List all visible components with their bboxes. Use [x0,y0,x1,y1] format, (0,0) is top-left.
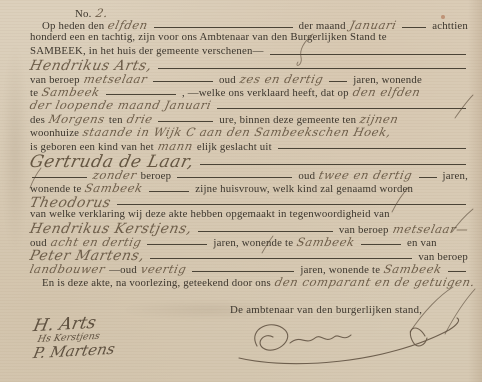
printed-text: elijk geslacht uit [197,141,272,153]
handwritten-birth-month: der loopende maand Januari [29,98,213,112]
printed-text: jaren, wonende te [213,237,293,249]
printed-text: En is deze akte, na voorlezing, geteeken… [42,277,271,289]
witness2-line: Peter Martens, van beroep [30,248,468,261]
printed-text: achttien [432,20,468,32]
fill-rule [154,27,292,28]
fill-rule [153,81,213,82]
printed-text: der maand [299,20,346,32]
printed-text: —oud [109,264,137,276]
fill-rule [147,244,207,245]
handwritten-month: Januari [348,18,397,32]
handwritten-mother-occupation: zonder [92,168,139,182]
official-caption: De ambtenaar van den burgerlijken stand, [230,304,422,316]
printed-text: oud [219,74,236,86]
printed-text: honderd een en tachtig, zijn voor ons Am… [30,31,387,43]
closing-line: En is deze akte, na voorlezing, geteeken… [30,275,468,288]
birth-hour-line: des Morgens ten drie ure, binnen deze ge… [30,112,468,125]
handwritten-occupation: metselaar [82,72,148,86]
page-edge-shadow [468,0,482,382]
fill-rule [192,271,294,272]
printed-text: en van [407,237,437,249]
witness1-line: Hendrikus Kerstjens, van beroep metselaa… [30,221,468,234]
handwritten-day: elfden [107,18,150,32]
fill-rule [217,108,466,109]
handwritten-whose: zijnen [359,112,401,126]
handwritten-witness2-age: veertig [139,262,187,276]
fill-rule [106,94,176,95]
fill-rule [361,244,401,245]
act-number-line: No. 2. [75,6,468,18]
printed-text: woonhuize [30,127,79,139]
printed-text: des [30,114,45,126]
fill-rule [177,177,292,178]
handwritten-mother-age: twee en dertig [318,168,414,182]
handwritten-birth-day: den elfden [351,85,422,99]
child-name-line: Theodorus [30,195,468,208]
printed-text: jaren, [443,170,468,182]
fill-rule [200,164,466,165]
fill-rule [117,204,466,205]
declarant-residence-line: te Sambeek , —welke ons verklaard heeft,… [30,85,468,98]
official-signature [235,316,470,376]
printed-text: oud [298,170,315,182]
handwritten-witness1-occupation: metselaar— [391,222,469,236]
mother-name-line: Gertruda de Laar, [30,152,468,168]
ink-bleedthrough [2,40,28,260]
handwritten-hour: drie [125,112,154,126]
house-line: woonhuize staande in Wijk C aan den Samb… [30,125,468,138]
fill-rule [32,177,87,178]
printed-text: zijne huisvrouw, welk kind zal genaamd w… [195,183,413,195]
handwritten-witness1-age: acht en dertig [49,235,143,249]
fill-rule [419,177,437,178]
handwritten-child-name: Theodorus [28,195,112,211]
printed-text: ten [109,114,123,126]
fill-rule [270,54,466,55]
mother-residence-line: wonende te Sambeek zijne huisvrouw, welk… [30,181,468,194]
declarant-occupation-line: van beroep metselaar oud zes en dertig j… [30,72,468,85]
act-number-value: 2. [94,6,109,20]
printed-text: SAMBEEK, in het huis der gemeente versch… [30,45,264,57]
fill-rule [198,231,333,232]
birth-month-line: der loopende maand Januari [30,98,468,111]
act-body: No. 2. Op heden den elfden der maand Jan… [30,6,468,288]
witness1-age-line: oud acht en dertig jaren, wonende te Sam… [30,235,468,248]
fill-rule [448,271,466,272]
year-line: honderd een en tachtig, zijn voor ons Am… [30,31,468,44]
fill-rule [158,121,213,122]
gender-line: is geboren een kind van het mann elijk g… [30,139,468,152]
fill-rule [149,191,189,192]
mother-occupation-line: zonder beroep oud twee en dertig jaren, [30,168,468,181]
handwritten-witness2-occupation: landbouwer [29,262,107,276]
declarant-name-line: Hendrikus Arts, [30,58,468,71]
fill-rule [329,81,347,82]
fill-rule [150,258,412,259]
handwritten-witness2-residence: Sambeek [383,262,444,276]
handwritten-signatories: den comparant en de getuigen. [273,275,476,289]
handwritten-witness1-residence: Sambeek [296,235,357,249]
witness-signatures: H. Arts Hs Kerstjens P. Martens [34,314,114,360]
act-number-label: No. [75,8,92,20]
printed-text: is geboren een kind van het [30,141,154,153]
fill-rule [158,68,466,69]
fill-rule [278,148,466,149]
handwritten-age: zes en dertig [238,72,324,86]
handwritten-gender: mann [156,139,194,153]
witness2-age-line: landbouwer —oud veertig jaren, wonende t… [30,262,468,275]
handwritten-mother-residence: Sambeek [84,181,145,195]
handwritten-daypart: Morgens [48,112,107,126]
printed-text: ure, binnen deze gemeente ten [219,114,356,126]
signature-witness-2: P. Martens [32,340,117,362]
fill-rule [402,27,426,28]
printed-text: jaren, wonende te [300,264,380,276]
printed-text: Op heden den [42,20,104,32]
municipality-line: SAMBEEK, in het huis der gemeente versch… [30,45,468,58]
printed-text: van beroep [30,74,80,86]
printed-text: jaren, wonende [353,74,422,86]
handwritten-address: staande in Wijk C aan den Sambeekschen H… [82,125,393,139]
handwritten-residence: Sambeek [41,85,102,99]
date-line: Op heden den elfden der maand Januari ac… [30,18,468,31]
scanned-birth-act-page: No. 2. Op heden den elfden der maand Jan… [0,0,482,382]
printed-text: wonende te [30,183,81,195]
